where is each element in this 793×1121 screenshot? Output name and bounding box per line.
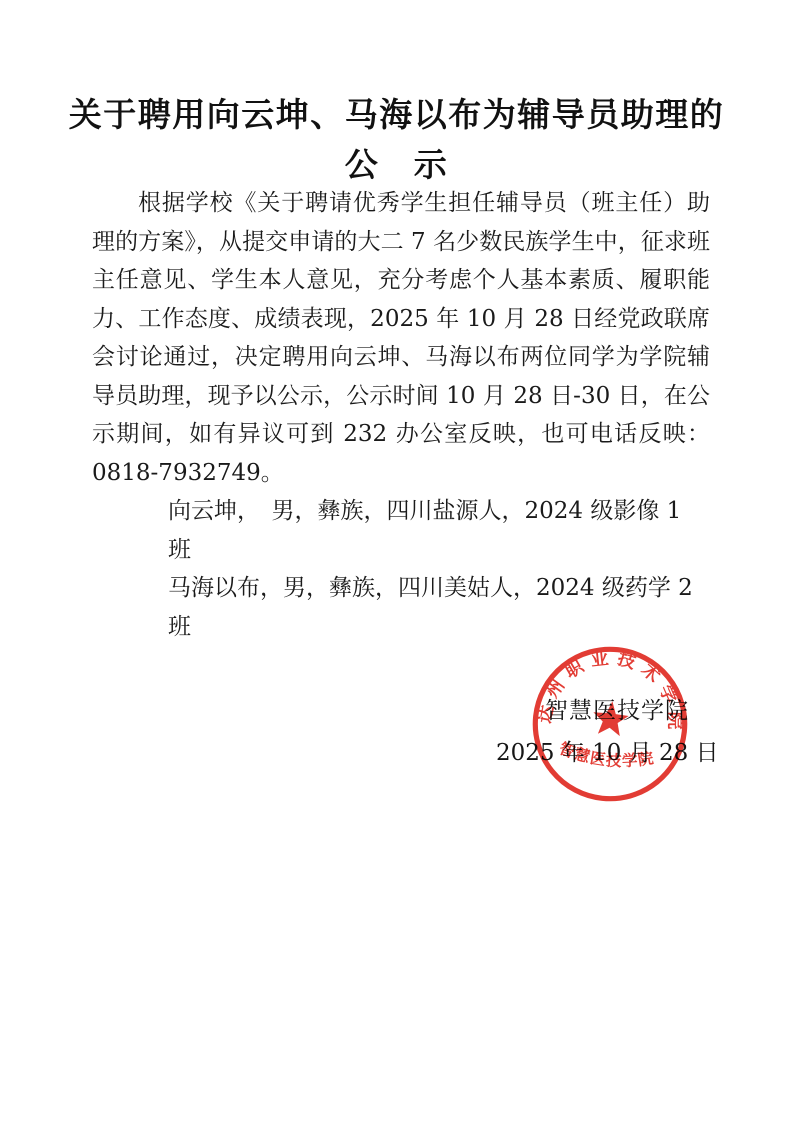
student-line-2: 马海以布，男，彝族，四川美姑人，2024 级药学 2 班	[92, 569, 710, 646]
page-title: 关于聘用向云坤、马海以布为辅导员助理的 公 示	[0, 90, 793, 190]
main-paragraph: 根据学校《关于聘请优秀学生担任辅导员（班主任）助理的方案》，从提交申请的大二 7…	[92, 184, 710, 492]
student-line-1: 向云坤， 男，彝族，四川盐源人，2024 级影像 1 班	[92, 492, 710, 569]
title-line-2: 公 示	[0, 140, 793, 190]
title-line-1: 关于聘用向云坤、马海以布为辅导员助理的	[0, 90, 793, 140]
official-seal: 达州职业技术学院 智慧医技学院	[519, 633, 701, 815]
star-icon	[591, 699, 630, 736]
announcement-body: 根据学校《关于聘请优秀学生担任辅导员（班主任）助理的方案》，从提交申请的大二 7…	[92, 184, 710, 646]
seal-bottom-text: 智慧医技学院	[556, 738, 658, 775]
announcement-page: 关于聘用向云坤、马海以布为辅导员助理的 公 示 根据学校《关于聘请优秀学生担任辅…	[0, 0, 793, 1121]
seal-graphic: 达州职业技术学院 智慧医技学院	[519, 633, 701, 815]
